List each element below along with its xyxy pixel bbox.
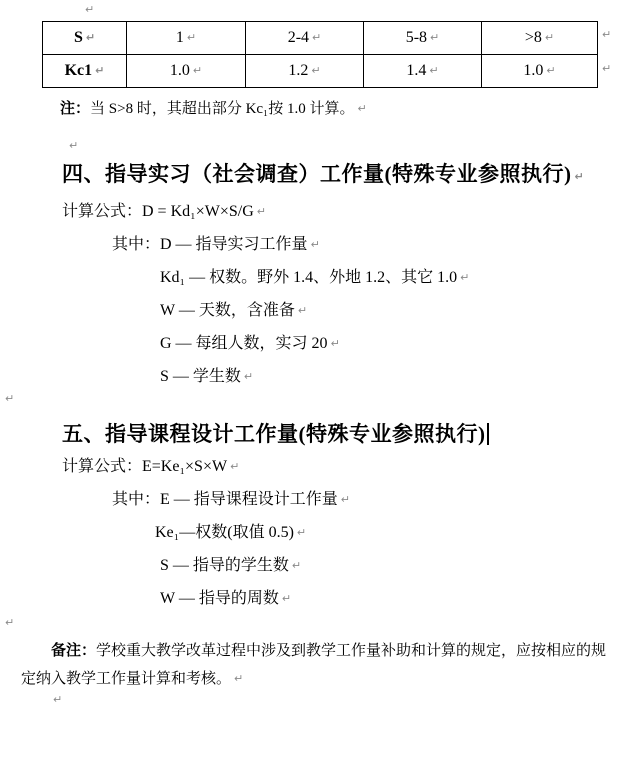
cell-mark-icon: ↵ — [187, 31, 196, 44]
cell-text: >8 — [525, 29, 542, 46]
paragraph-mark-icon: ↵ — [244, 370, 253, 383]
table-cell[interactable]: 1.4↵ — [364, 55, 482, 88]
section5-line[interactable]: S — 指导的学生数↵ — [160, 555, 301, 577]
section4-line[interactable]: W — 天数，含准备↵ — [160, 300, 307, 322]
text-cursor — [487, 423, 489, 445]
paragraph-mark-icon: ↵ — [53, 693, 62, 706]
heading-text: 四、指导实习（社会调查）工作量(特殊专业参照执行) — [62, 162, 571, 186]
section4-line[interactable]: S — 学生数↵ — [160, 366, 253, 388]
section4-line[interactable]: G — 每组人数，实习 20↵ — [160, 333, 340, 355]
section5-formula[interactable]: 计算公式：E=Ke₁×S×W↵ — [62, 456, 239, 478]
table-cell[interactable]: 1↵ — [127, 22, 246, 55]
paragraph-mark-icon: ↵ — [341, 493, 350, 506]
section4-line[interactable]: 其中：D — 指导实习工作量↵ — [112, 234, 320, 256]
cell-mark-icon: ↵ — [312, 31, 321, 44]
line-text: G — 每组人数，实习 20 — [160, 335, 328, 352]
paragraph-mark-icon: ↵ — [297, 526, 306, 539]
table-cell[interactable]: 1.0↵ — [127, 55, 246, 88]
table-cell-s-header[interactable]: S↵ — [43, 22, 127, 55]
line-text: W — 指导的周数 — [160, 590, 279, 607]
table-cell-kc1-header[interactable]: Kc1↵ — [43, 55, 127, 88]
paragraph-mark-icon: ↵ — [257, 205, 266, 218]
cell-mark-icon: ↵ — [86, 31, 95, 44]
heading-text: 五、指导课程设计工作量(特殊专业参照执行) — [62, 422, 486, 446]
cell-text: 2-4 — [288, 29, 309, 46]
line-text: Kd₁ — 权数。野外 1.4、外地 1.2、其它 1.0 — [160, 269, 457, 286]
table-cell[interactable]: 1.0↵ — [482, 55, 598, 88]
cell-text: 1.2 — [288, 62, 308, 79]
cell-mark-icon: ↵ — [545, 31, 554, 44]
paragraph-mark-icon: ↵ — [69, 139, 78, 152]
paragraph-mark-icon: ↵ — [298, 304, 307, 317]
section5-line[interactable]: Ke₁—权数(取值 0.5)↵ — [155, 522, 306, 544]
table-cell[interactable]: 1.2↵ — [246, 55, 364, 88]
section5-line[interactable]: 其中：E — 指导课程设计工作量↵ — [112, 489, 350, 511]
row-end-mark-icon: ↵ — [602, 28, 611, 41]
remark-paragraph[interactable]: 备注：学校重大教学改革过程中涉及到教学工作量补助和计算的规定，应按相应的规定纳入… — [21, 637, 613, 693]
paragraph-mark-icon: ↵ — [574, 170, 584, 183]
line-text: W — 天数，含准备 — [160, 302, 295, 319]
kc1-coefficient-table: S↵ 1↵ 2-4↵ 5-8↵ >8↵ Kc1↵ 1.0↵ 1.2↵ — [42, 21, 598, 88]
cell-mark-icon: ↵ — [311, 64, 320, 77]
paragraph-mark-icon: ↵ — [5, 392, 14, 405]
table-row: Kc1↵ 1.0↵ 1.2↵ 1.4↵ 1.0↵ — [43, 55, 598, 88]
table-note[interactable]: 注：当 S>8 时，其超出部分 Kc₁按 1.0 计算。↵ — [60, 98, 367, 120]
row-end-mark-icon: ↵ — [602, 62, 611, 75]
table-cell[interactable]: 2-4↵ — [246, 22, 364, 55]
cell-text: S — [74, 29, 83, 46]
note-label: 注： — [60, 101, 90, 117]
cell-text: 1 — [176, 29, 184, 46]
formula-text: 计算公式：E=Ke₁×S×W — [62, 458, 227, 475]
formula-text: 计算公式：D = Kd₁×W×S/G — [62, 203, 254, 220]
remark-label: 备注： — [51, 643, 96, 659]
section4-formula[interactable]: 计算公式：D = Kd₁×W×S/G↵ — [62, 201, 266, 223]
paragraph-mark-icon: ↵ — [331, 337, 340, 350]
cell-mark-icon: ↵ — [95, 64, 104, 77]
note-text: 当 S>8 时，其超出部分 Kc₁按 1.0 计算。 — [90, 101, 355, 117]
paragraph-mark-icon: ↵ — [460, 271, 469, 284]
table-row: S↵ 1↵ 2-4↵ 5-8↵ >8↵ — [43, 22, 598, 55]
line-text: 其中：E — 指导课程设计工作量 — [112, 491, 338, 508]
paragraph-mark-icon: ↵ — [230, 460, 239, 473]
paragraph-mark-icon: ↵ — [282, 592, 291, 605]
cell-mark-icon: ↵ — [429, 64, 438, 77]
cell-text: 5-8 — [406, 29, 427, 46]
cell-text: 1.0 — [523, 62, 543, 79]
paragraph-mark-icon: ↵ — [292, 559, 301, 572]
cell-text: Kc1 — [65, 62, 93, 79]
remark-text: 学校重大教学改革过程中涉及到教学工作量补助和计算的规定，应按相应的规定纳入教学工… — [21, 643, 606, 687]
table-cell[interactable]: 5-8↵ — [364, 22, 482, 55]
paragraph-mark-icon: ↵ — [234, 672, 243, 685]
line-text: S — 学生数 — [160, 368, 241, 385]
line-text: Ke₁—权数(取值 0.5) — [155, 524, 294, 541]
paragraph-mark-icon: ↵ — [358, 102, 367, 115]
table-cell[interactable]: >8↵ — [482, 22, 598, 55]
line-text: S — 指导的学生数 — [160, 557, 289, 574]
paragraph-mark-icon: ↵ — [5, 616, 14, 629]
cell-text: 1.0 — [170, 62, 190, 79]
section4-line[interactable]: Kd₁ — 权数。野外 1.4、外地 1.2、其它 1.0↵ — [160, 267, 469, 289]
cell-text: 1.4 — [406, 62, 426, 79]
cell-mark-icon: ↵ — [546, 64, 555, 77]
paragraph-mark-icon: ↵ — [85, 3, 94, 16]
document-page[interactable]: ↵ S↵ 1↵ 2-4↵ 5-8↵ >8↵ Kc1↵ 1.0↵ — [0, 0, 636, 768]
section5-line[interactable]: W — 指导的周数↵ — [160, 588, 291, 610]
section4-heading[interactable]: 四、指导实习（社会调查）工作量(特殊专业参照执行)↵ — [62, 161, 584, 190]
cell-mark-icon: ↵ — [193, 64, 202, 77]
line-text: 其中：D — 指导实习工作量 — [112, 236, 308, 253]
section5-heading[interactable]: 五、指导课程设计工作量(特殊专业参照执行) — [62, 421, 489, 447]
paragraph-mark-icon: ↵ — [311, 238, 320, 251]
cell-mark-icon: ↵ — [430, 31, 439, 44]
